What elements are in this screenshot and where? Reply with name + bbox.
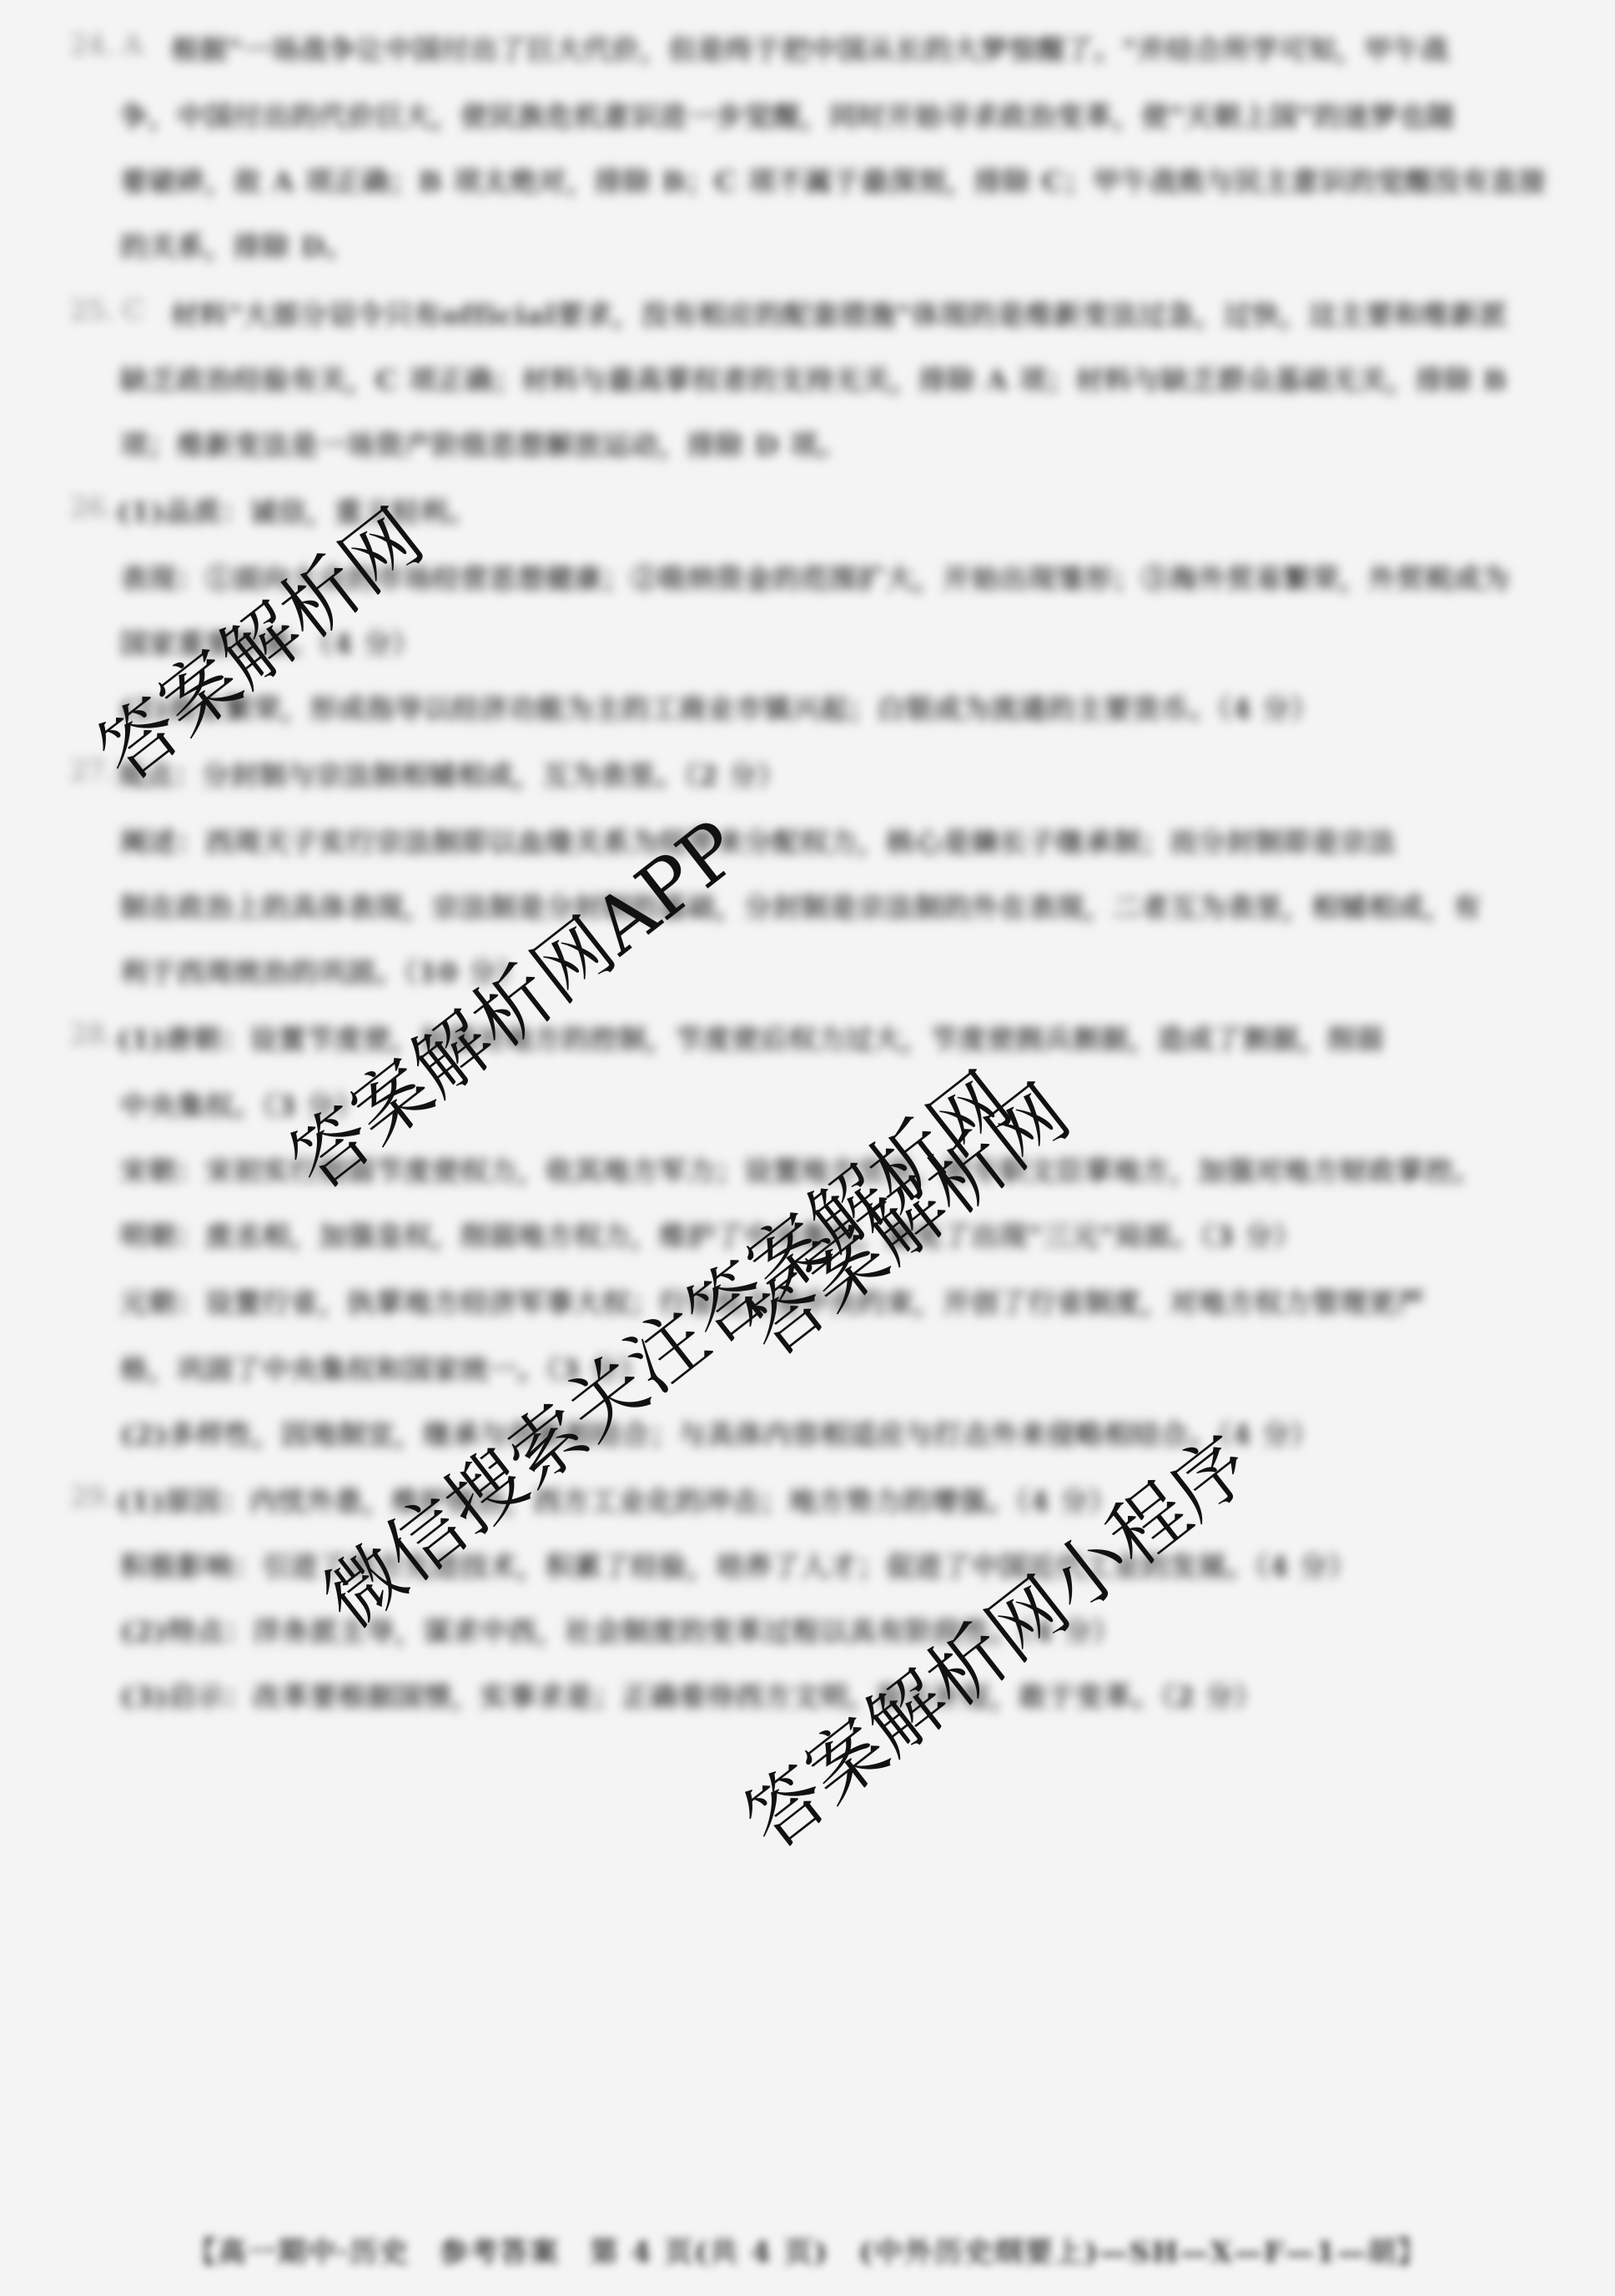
answer-line: (3)启示：改革要根据国情，实事求是；正确看待西方文明，取长补短，敢于变革。（2… — [120, 1675, 1262, 1714]
answer-line: (1)唐朝：设置节度使，加强对地方的控制，节度使后权力过大，节度使拥兵割据，造成… — [117, 1018, 1384, 1057]
answer-line: 材料"大部分诏令只有official要求，没有相应的配套措施"体现的是维新变法过… — [171, 294, 1507, 333]
question-number: 25. C — [70, 294, 143, 326]
question-number: 29. — [70, 1480, 113, 1513]
answer-line: 根据"一场战争让中国付出了巨大代价，但是终于把中国从长的大梦惊醒了。"并结合所学… — [171, 28, 1449, 68]
question-number: 28. — [70, 1018, 113, 1050]
answer-line: (1)品质：诚信，重义轻利。 — [117, 491, 476, 530]
answer-line: 缺乏政治经验有关，C 项正确；材料与最高掌权者的支持无关，排除 A 项；材料与缺… — [120, 359, 1507, 398]
answer-line: 观点：分封制与宗法制相辅相成，互为表里。（2 分） — [117, 754, 786, 793]
answer-document: 24. A 根据"一场战争让中国付出了巨大代价，但是终于把中国从长的大梦惊醒了。… — [0, 0, 1615, 2296]
answer-line: (2)商业繁荣，形成指导以经济功能为主的工商业市镇兴起；白银成为流通的主要货币。… — [120, 687, 1319, 727]
answer-line: 争，中国付出的代价巨大，使民族危机意识进一步觉醒，同时开始寻求政治变革，使"天朝… — [120, 95, 1455, 134]
answer-line: 制在政治上的具体表现，宗法制是分封制的基础，分封制是宗法制的外在表现，二者互为表… — [120, 886, 1482, 925]
answer-line: (2)多样性，因地制宜，继承与创新相结合；与具体内容相适应与打击外来侵略相结合。… — [120, 1413, 1319, 1453]
answer-line: 明朝：废丞相，加强皇权，削弱地方权力，维护了中央集权，避免了出现"三元"局面。（… — [120, 1215, 1301, 1254]
answer-line: 项；维新变法是一场资产阶级思想解放运动，排除 D 项。 — [120, 424, 847, 463]
answer-line: 利于西周统治的巩固。（10 分） — [120, 951, 526, 990]
question-number: 24. A — [70, 28, 143, 61]
page-footer: 【高一期中·历史 参考答案 第 4 页(共 4 页) (中外历史纲要上)—SH—… — [188, 2229, 1427, 2270]
answer-line: 阐述：西周天子实行宗法制即以血缘关系为纽带来分配权力，核心是嫡长子继承制；而分封… — [120, 821, 1396, 860]
question-number: 26. — [70, 491, 113, 523]
answer-line: 着破碎，故 A 项正确；B 项太绝对，排除 B；C 项不属于最深刻，排除 C；甲… — [120, 160, 1547, 199]
answer-line: 的关系，排除 D。 — [120, 225, 354, 264]
answer-line: (1)原因：内忧外患，维护统治，西方工业化的冲击；地方势力的增强。（4 分） — [117, 1480, 1117, 1519]
